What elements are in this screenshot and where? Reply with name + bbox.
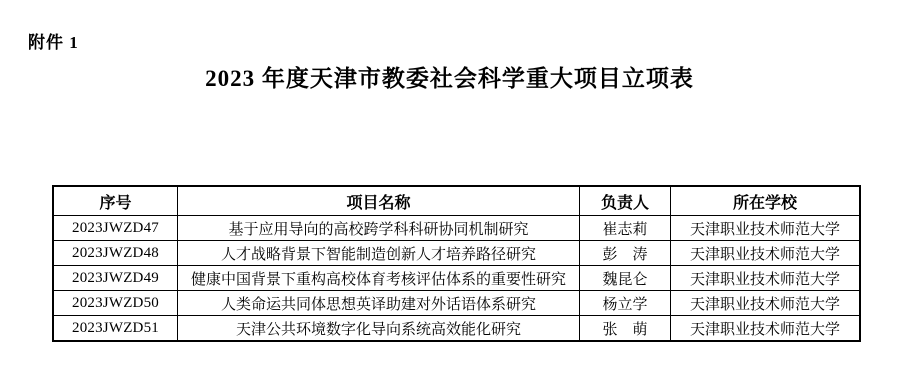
cell-serial: 2023JWZD49 <box>53 266 178 291</box>
table-row: 2023JWZD49 健康中国背景下重构高校体育考核评估体系的重要性研究 魏昆仑… <box>53 266 860 291</box>
cell-school: 天津职业技术师范大学 <box>671 216 861 241</box>
cell-serial: 2023JWZD50 <box>53 291 178 316</box>
table-row: 2023JWZD48 人才战略背景下智能制造创新人才培养路径研究 彭 涛 天津职… <box>53 241 860 266</box>
column-header-school: 所在学校 <box>671 186 861 216</box>
cell-school: 天津职业技术师范大学 <box>671 266 861 291</box>
cell-leader: 魏昆仑 <box>580 266 671 291</box>
cell-leader: 崔志莉 <box>580 216 671 241</box>
cell-serial: 2023JWZD48 <box>53 241 178 266</box>
cell-project: 天津公共环境数字化导向系统高效能化研究 <box>178 316 580 342</box>
cell-school: 天津职业技术师范大学 <box>671 241 861 266</box>
document-page: 附件 1 2023 年度天津市教委社会科学重大项目立项表 序号 项目名称 负责人… <box>0 0 899 372</box>
table-row: 2023JWZD50 人类命运共同体思想英译助建对外话语体系研究 杨立学 天津职… <box>53 291 860 316</box>
cell-project: 基于应用导向的高校跨学科科研协同机制研究 <box>178 216 580 241</box>
cell-project: 人才战略背景下智能制造创新人才培养路径研究 <box>178 241 580 266</box>
column-header-serial: 序号 <box>53 186 178 216</box>
column-header-project: 项目名称 <box>178 186 580 216</box>
cell-project: 健康中国背景下重构高校体育考核评估体系的重要性研究 <box>178 266 580 291</box>
cell-leader: 彭 涛 <box>580 241 671 266</box>
cell-serial: 2023JWZD51 <box>53 316 178 342</box>
cell-serial: 2023JWZD47 <box>53 216 178 241</box>
column-header-leader: 负责人 <box>580 186 671 216</box>
table-header: 序号 项目名称 负责人 所在学校 <box>53 186 860 216</box>
table-header-row: 序号 项目名称 负责人 所在学校 <box>53 186 860 216</box>
cell-school: 天津职业技术师范大学 <box>671 291 861 316</box>
cell-project: 人类命运共同体思想英译助建对外话语体系研究 <box>178 291 580 316</box>
attachment-label: 附件 1 <box>28 28 79 53</box>
project-approval-table: 序号 项目名称 负责人 所在学校 2023JWZD47 基于应用导向的高校跨学科… <box>52 185 861 342</box>
cell-leader: 杨立学 <box>580 291 671 316</box>
table-row: 2023JWZD47 基于应用导向的高校跨学科科研协同机制研究 崔志莉 天津职业… <box>53 216 860 241</box>
table-body: 2023JWZD47 基于应用导向的高校跨学科科研协同机制研究 崔志莉 天津职业… <box>53 216 860 342</box>
table-row: 2023JWZD51 天津公共环境数字化导向系统高效能化研究 张 萌 天津职业技… <box>53 316 860 342</box>
page-title: 2023 年度天津市教委社会科学重大项目立项表 <box>0 60 899 93</box>
cell-school: 天津职业技术师范大学 <box>671 316 861 342</box>
cell-leader: 张 萌 <box>580 316 671 342</box>
